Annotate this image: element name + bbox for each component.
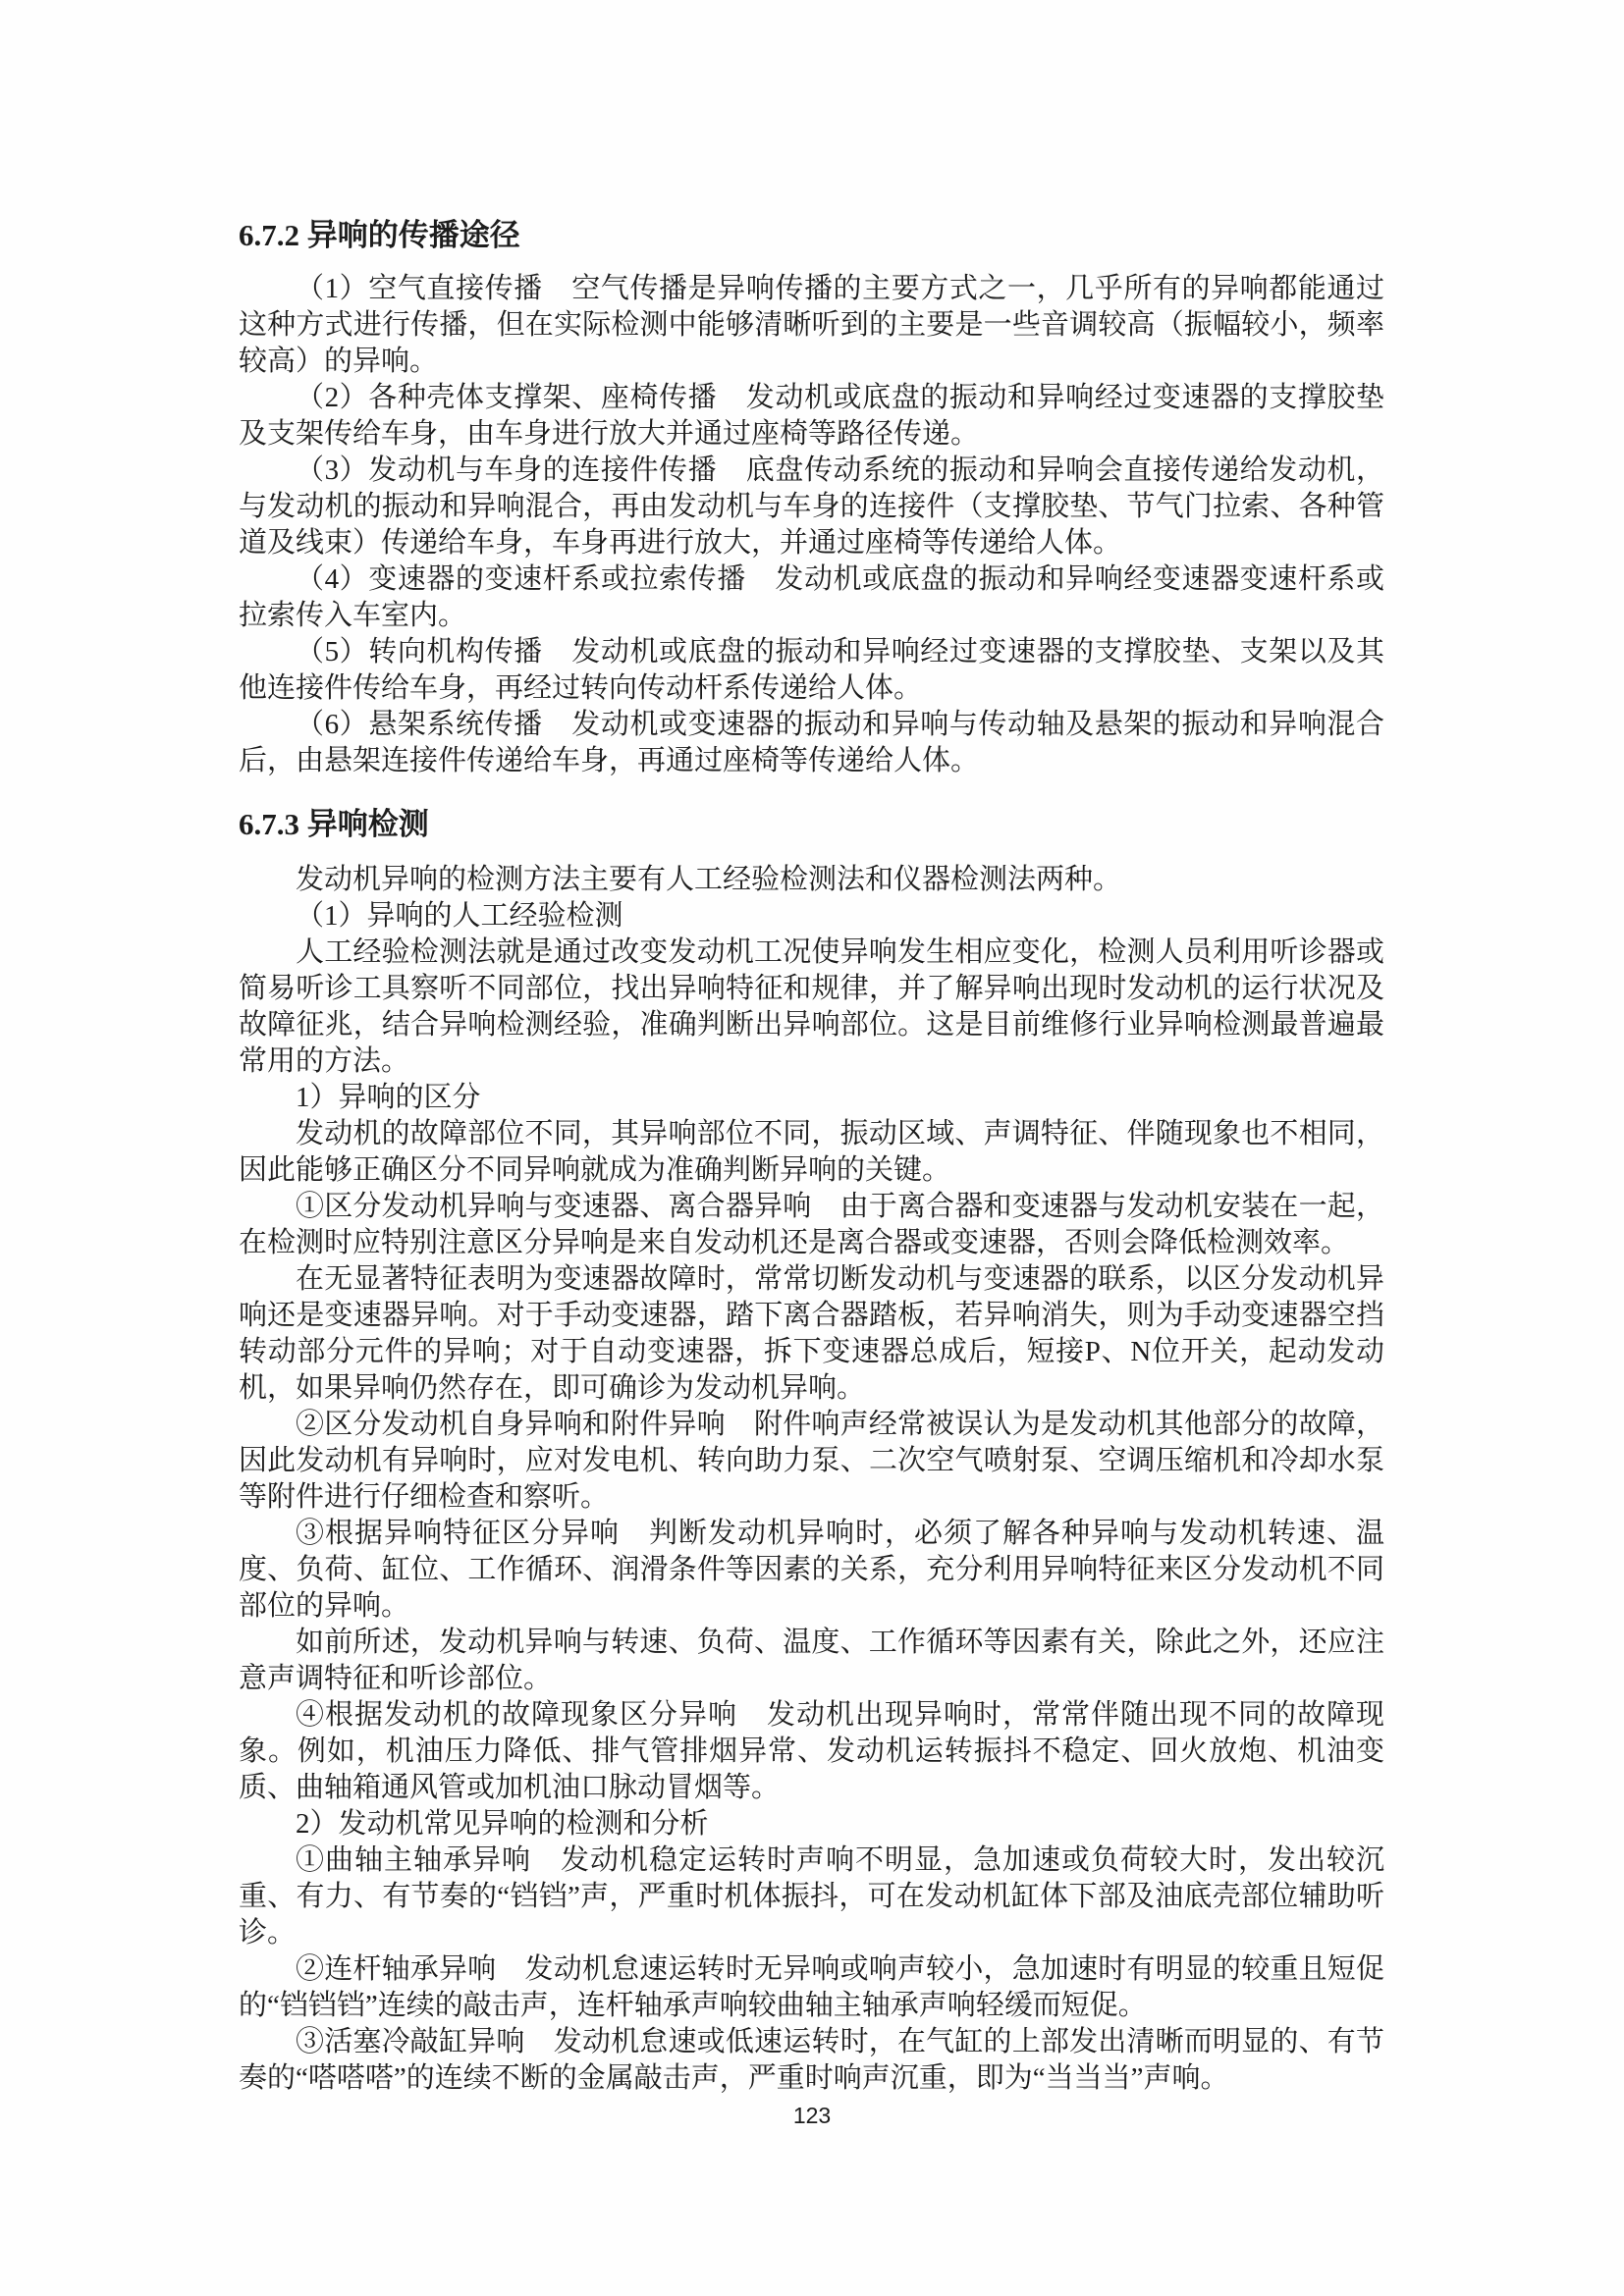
paragraph: 人工经验检测法就是通过改变发动机工况使异响发生相应变化，检测人员利用听诊器或简易…	[239, 934, 1384, 1080]
paragraph: （6）悬架系统传播 发动机或变速器的振动和异响与传动轴及悬架的振动和异响混合后，…	[239, 707, 1384, 779]
paragraph: ①区分发动机异响与变速器、离合器异响 由于离合器和变速器与发动机安装在一起，在检…	[239, 1189, 1384, 1261]
paragraph: 发动机异响的检测方法主要有人工经验检测法和仪器检测法两种。	[239, 862, 1384, 898]
paragraph: 2）发动机常见异响的检测和分析	[239, 1806, 1384, 1842]
paragraph: 1）异响的区分	[239, 1080, 1384, 1116]
paragraph: 在无显著特征表明为变速器故障时，常常切断发动机与变速器的联系，以区分发动机异响还…	[239, 1261, 1384, 1407]
paragraph: （5）转向机构传播 发动机或底盘的振动和异响经过变速器的支撑胶垫、支架以及其他连…	[239, 634, 1384, 707]
paragraph: ③活塞冷敲缸异响 发动机怠速或低速运转时，在气缸的上部发出清晰而明显的、有节奏的…	[239, 2024, 1384, 2097]
paragraph: 如前所述，发动机异响与转速、负荷、温度、工作循环等因素有关，除此之外，还应注意声…	[239, 1625, 1384, 1697]
document-page: 6.7.2 异响的传播途径 （1）空气直接传播 空气传播是异响传播的主要方式之一…	[0, 0, 1624, 2296]
paragraph: ②连杆轴承异响 发动机怠速运转时无异响或响声较小，急加速时有明显的较重且短促的“…	[239, 1951, 1384, 2024]
page-number: 123	[0, 2101, 1624, 2130]
paragraph: ①曲轴主轴承异响 发动机稳定运转时声响不明显，急加速或负荷较大时，发出较沉重、有…	[239, 1842, 1384, 1951]
section-heading-6-7-2: 6.7.2 异响的传播途径	[239, 216, 1384, 255]
paragraph: （4）变速器的变速杆系或拉索传播 发动机或底盘的振动和异响经变速器变速杆系或拉索…	[239, 561, 1384, 634]
paragraph: （1）空气直接传播 空气传播是异响传播的主要方式之一，几乎所有的异响都能通过这种…	[239, 271, 1384, 380]
paragraph: 发动机的故障部位不同，其异响部位不同，振动区域、声调特征、伴随现象也不相同，因此…	[239, 1116, 1384, 1189]
paragraph: ②区分发动机自身异响和附件异响 附件响声经常被误认为是发动机其他部分的故障，因此…	[239, 1407, 1384, 1516]
page-content: 6.7.2 异响的传播途径 （1）空气直接传播 空气传播是异响传播的主要方式之一…	[239, 216, 1384, 2097]
paragraph: ③根据异响特征区分异响 判断发动机异响时，必须了解各种异响与发动机转速、温度、负…	[239, 1516, 1384, 1625]
paragraph: （2）各种壳体支撑架、座椅传播 发动机或底盘的振动和异响经过变速器的支撑胶垫及支…	[239, 380, 1384, 453]
section-heading-6-7-3: 6.7.3 异响检测	[239, 805, 1384, 844]
paragraph: ④根据发动机的故障现象区分异响 发动机出现异响时，常常伴随出现不同的故障现象。例…	[239, 1697, 1384, 1806]
paragraph: （1）异响的人工经验检测	[239, 898, 1384, 934]
paragraph: （3）发动机与车身的连接件传播 底盘传动系统的振动和异响会直接传递给发动机，与发…	[239, 453, 1384, 561]
